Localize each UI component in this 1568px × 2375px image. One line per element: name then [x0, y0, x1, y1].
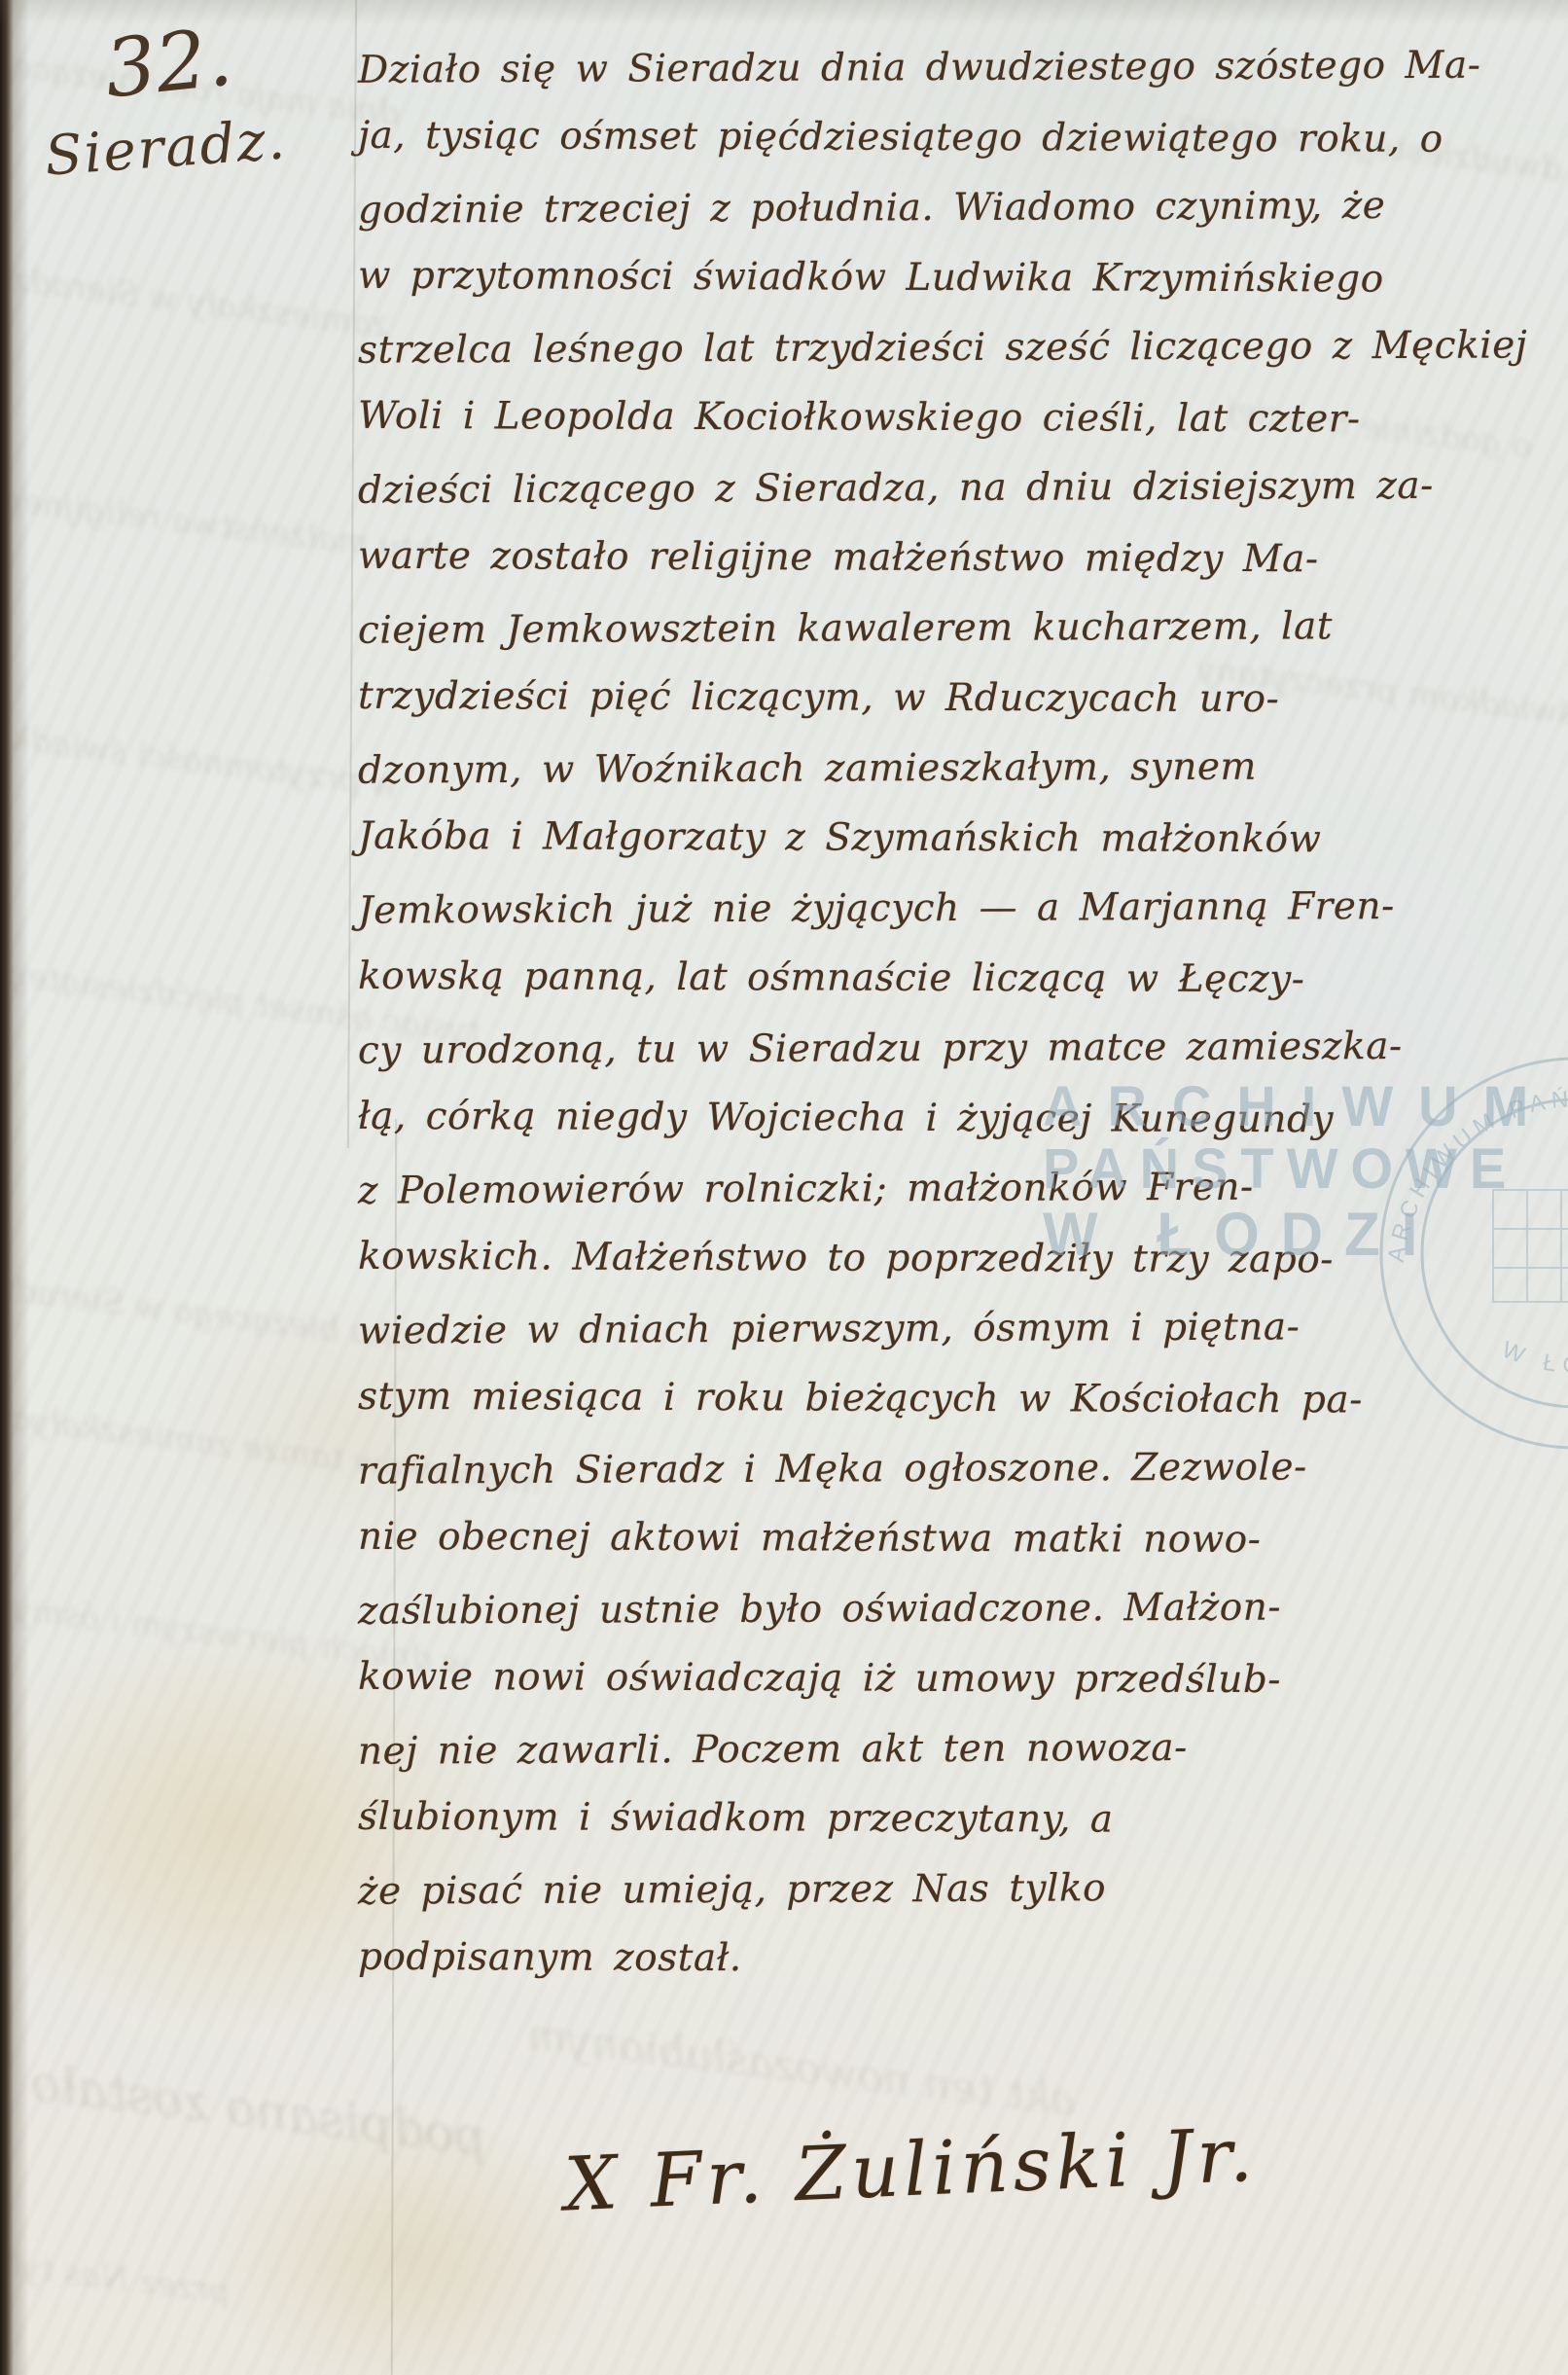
handwritten-line: nej nie zawarli. Poczem akt ten nowoza-	[358, 1711, 1556, 1786]
handwritten-line: warte zostało religijne małżeństwo międz…	[358, 522, 1556, 595]
handwritten-line: dzonym, w Woźnikach zamieszkałym, synem	[358, 731, 1556, 806]
handwritten-line: stym miesiąca i roku bieżących w Kościoł…	[358, 1362, 1556, 1436]
bleed-through-text: zamieszkały w Sieradzu	[0, 258, 391, 345]
handwritten-line: rafialnych Sieradz i Męka ogłoszone. Zez…	[358, 1431, 1556, 1506]
handwritten-line: z Polemowierów rolniczki; małżonków Fren…	[358, 1151, 1556, 1226]
bleed-through-text: w przytomności świadków	[0, 713, 401, 806]
document-body: Działo się w Sieradzu dnia dwudziestego …	[358, 33, 1556, 1995]
handwritten-line: ja, tysiąc ośmset pięćdziesiątego dziewi…	[358, 101, 1556, 175]
bleed-through-text: akt ten nowozaślubionym	[524, 2010, 1079, 2127]
handwritten-line: że pisać nie umieją, przez Nas tylko	[358, 1852, 1556, 1926]
handwritten-line: trzydzieści pięć liczącym, w Rduczycach …	[358, 662, 1556, 736]
handwritten-line: kowską panną, lat ośmnaście liczącą w Łę…	[358, 942, 1556, 1016]
handwritten-line: kowie nowi oświadczają iż umowy przedślu…	[358, 1642, 1556, 1716]
handwritten-line: strzelca leśnego lat trzydzieści sześć l…	[358, 310, 1556, 385]
handwritten-line: cy urodzoną, tu w Sieradzu przy matce za…	[358, 1011, 1556, 1086]
handwritten-line: Woli i Leopolda Kociołkowskiego cieśli, …	[358, 381, 1556, 455]
handwritten-line: ślubionym i świadkom przeczytany, a	[358, 1782, 1556, 1856]
handwritten-line: Działo się w Sieradzu dnia dwudziestego …	[358, 30, 1556, 105]
handwritten-line: wiedzie w dniach pierwszym, ósmym i pięt…	[358, 1291, 1556, 1366]
handwritten-line: zaślubionej ustnie było oświadczone. Mał…	[358, 1571, 1556, 1646]
handwritten-line: w przytomności świadków Ludwika Krzymińs…	[358, 241, 1556, 315]
act-number: 32.	[100, 11, 236, 116]
handwritten-line: Jemkowskich już nie żyjących — a Marjann…	[358, 871, 1556, 946]
bleed-through-text: podpisano zostało	[27, 2054, 490, 2168]
handwritten-line: ciejem Jemkowsztein kawalerem kucharzem,…	[358, 591, 1556, 666]
handwritten-line: godzinie trzeciej z południa. Wiadomo cz…	[358, 170, 1556, 245]
handwritten-line: dzieści liczącego z Sieradza, na dniu dz…	[358, 450, 1556, 525]
handwritten-line: Jakóba i Małgorzaty z Szymańskich małżon…	[358, 802, 1556, 876]
document-page: dnia maja roku bieżącegozamieszkały w Si…	[0, 0, 1568, 2375]
bleed-through-text: przez Nas tylko	[0, 2242, 232, 2312]
handwritten-line: łą, córką niegdy Wojciecha i żyjącej Kun…	[358, 1082, 1556, 1156]
handwritten-line: kowskich. Małżeństwo to poprzedziły trzy…	[358, 1222, 1556, 1296]
handwritten-line: podpisanym został.	[358, 1923, 1556, 1997]
handwritten-line: nie obecnej aktowi małżeństwa matki nowo…	[358, 1502, 1556, 1576]
